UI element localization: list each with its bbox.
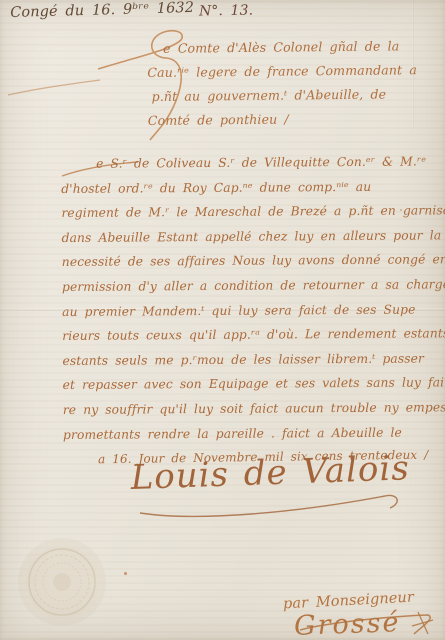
document-number: N°. 13. xyxy=(199,3,253,20)
handwritten-line: re ny souffrir qu'il luy soit faict aucu… xyxy=(63,395,445,422)
handwritten-line: Comté de ponthieu / xyxy=(148,106,445,133)
handwritten-line: e Comte d'Alès Colonel gñal de la xyxy=(147,34,445,61)
handwritten-line: dans Abeuille Estant appellé chez luy en… xyxy=(62,223,445,250)
handwritten-line: d'hostel ord.ʳᵉ du Roy Cap.ⁿᵉ dune comp.… xyxy=(61,174,445,201)
countersign-signature: Grossé xyxy=(293,607,400,640)
handwritten-line: e S.ʳ de Coliveau S.ʳ de Villequitte Con… xyxy=(61,149,445,176)
handwritten-line: necessité de ses affaires Nous luy avons… xyxy=(62,248,445,275)
handwritten-line: regiment de M.ʳ le Mareschal de Brezé a … xyxy=(61,198,445,225)
body-paragraph: e S.ʳ de Coliveau S.ʳ de Villequitte Con… xyxy=(61,149,445,447)
handwritten-line: estants seuls me p.ʳmou de les laisser l… xyxy=(62,346,445,373)
ink-speck xyxy=(124,572,127,575)
signature-louis-de-valois: Louis de Valois xyxy=(130,448,410,498)
handwritten-line: promettants rendre la pareille . faict a… xyxy=(63,420,445,447)
handwritten-line: p.ñt au gouvernem.ᵗ d'Abeuille, de xyxy=(148,82,445,109)
handwritten-line: Cau.ʳⁱᵉ legere de france Commandant a xyxy=(147,58,445,85)
manuscript-photo: Congé du 16. 9ᵇʳᵉ 1632 N°. 13. e Comte d… xyxy=(0,0,445,640)
handwritten-line: rieurs touts ceuxs qu'il app.ʳᵃ d'où. Le… xyxy=(62,321,445,348)
address-paragraph: e Comte d'Alès Colonel gñal de la Cau.ʳⁱ… xyxy=(147,34,445,133)
handwritten-line: permission d'y aller a condition de reto… xyxy=(62,272,445,299)
handwritten-line: au premier Mandem.ᵗ qui luy sera faict d… xyxy=(62,297,445,324)
handwritten-line: et repasser avec son Equipage et ses val… xyxy=(63,371,445,398)
docket-annotation: Congé du 16. 9ᵇʳᵉ 1632 xyxy=(10,0,194,21)
